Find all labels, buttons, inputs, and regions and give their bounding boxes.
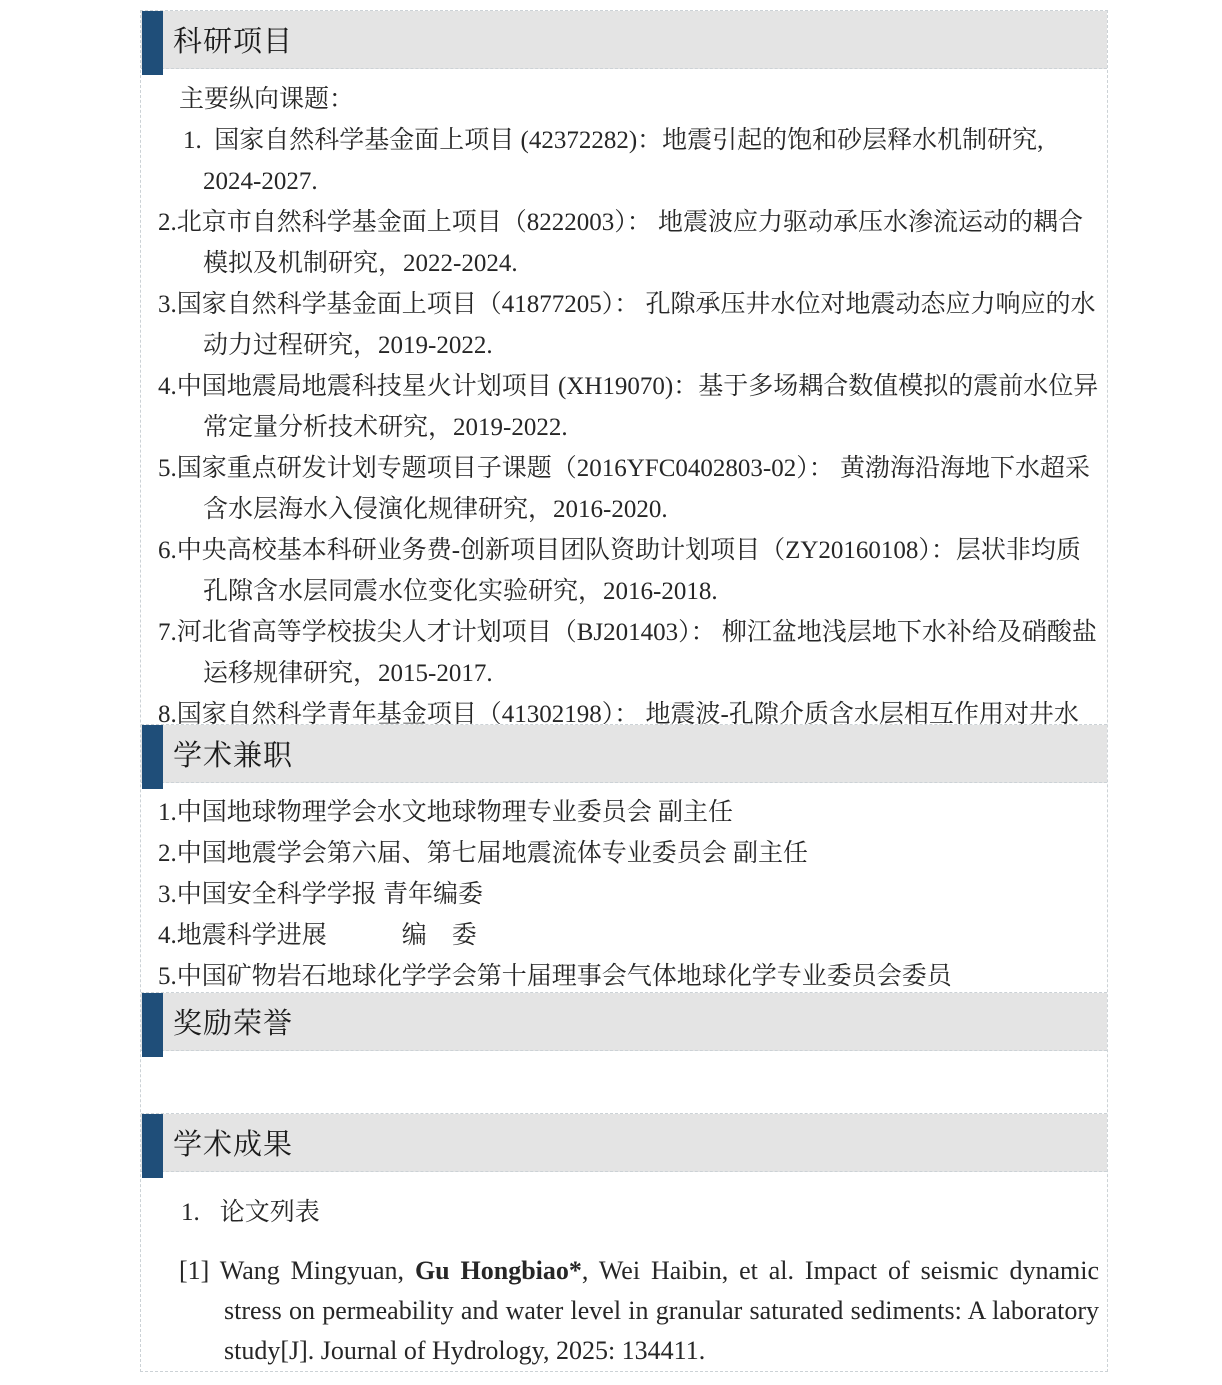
publication-list-heading-label: 论文列表 — [220, 1199, 320, 1226]
position-item: 1.中国地球物理学会水文地球物理专业委员会 副主任 — [158, 792, 1099, 833]
accent-bar-icon — [142, 725, 163, 789]
publication-highlighted-author: Gu Hongbiao* — [415, 1256, 582, 1285]
project-item: 8.国家自然科学青年基金项目（41302198）： 地震波-孔隙介质含水层相互作… — [141, 694, 1099, 725]
project-item: 7.河北省高等学校拔尖人才计划项目（BJ201403）： 柳江盆地浅层地下水补给… — [141, 612, 1099, 694]
publication-list-heading-number: 1. — [181, 1199, 200, 1226]
section-header-awards: 奖励荣誉 — [141, 993, 1107, 1051]
section-header-research-projects: 科研项目 — [141, 11, 1107, 69]
project-item: 6.中央高校基本科研业务费-创新项目团队资助计划项目（ZY20160108）：层… — [141, 530, 1099, 612]
achievements-title: 学术成果 — [173, 1122, 293, 1163]
project-item: 1. 国家自然科学基金面上项目 (42372282)：地震引起的饱和砂层释水机制… — [141, 120, 1099, 202]
position-item: 3.中国安全科学学报 青年编委 — [158, 874, 1099, 915]
position-item: 4.地震科学进展 编 委 — [158, 915, 1099, 956]
awards-title: 奖励荣誉 — [173, 1001, 293, 1042]
academic-positions-title: 学术兼职 — [173, 733, 293, 774]
publication-authors-prefix: [1] Wang Mingyuan, — [179, 1256, 415, 1285]
projects-intro: 主要纵向课题： — [141, 79, 1099, 120]
achievements-content: 1.论文列表 [1] Wang Mingyuan, Gu Hongbiao*, … — [141, 1172, 1107, 1371]
publication-item: [1] Wang Mingyuan, Gu Hongbiao*, Wei Hai… — [141, 1251, 1099, 1371]
project-item: 4.中国地震局地震科技星火计划项目 (XH19070)：基于多场耦合数值模拟的震… — [141, 366, 1099, 448]
academic-positions-content: 1.中国地球物理学会水文地球物理专业委员会 副主任 2.中国地震学会第六届、第七… — [141, 783, 1107, 993]
document-body: 科研项目 主要纵向课题： 1. 国家自然科学基金面上项目 (42372282)：… — [140, 10, 1108, 1372]
position-item: 5.中国矿物岩石地球化学学会第十届理事会气体地球化学专业委员会委员 — [158, 956, 1099, 993]
publication-list-heading: 1.论文列表 — [141, 1192, 1099, 1233]
project-item: 5.国家重点研发计划专题项目子课题（2016YFC0402803-02）： 黄渤… — [141, 448, 1099, 530]
project-item: 3.国家自然科学基金面上项目（41877205）： 孔隙承压井水位对地震动态应力… — [141, 284, 1099, 366]
project-item: 2.北京市自然科学基金面上项目（8222003）： 地震波应力驱动承压水渗流运动… — [141, 202, 1099, 284]
section-header-academic-positions: 学术兼职 — [141, 725, 1107, 783]
position-item: 2.中国地震学会第六届、第七届地震流体专业委员会 副主任 — [158, 833, 1099, 874]
accent-bar-icon — [142, 1114, 163, 1178]
awards-content-empty — [141, 1051, 1107, 1114]
accent-bar-icon — [142, 11, 163, 75]
research-projects-content: 主要纵向课题： 1. 国家自然科学基金面上项目 (42372282)：地震引起的… — [141, 69, 1107, 725]
accent-bar-icon — [142, 993, 163, 1057]
section-header-achievements: 学术成果 — [141, 1114, 1107, 1172]
research-projects-title: 科研项目 — [173, 19, 293, 60]
